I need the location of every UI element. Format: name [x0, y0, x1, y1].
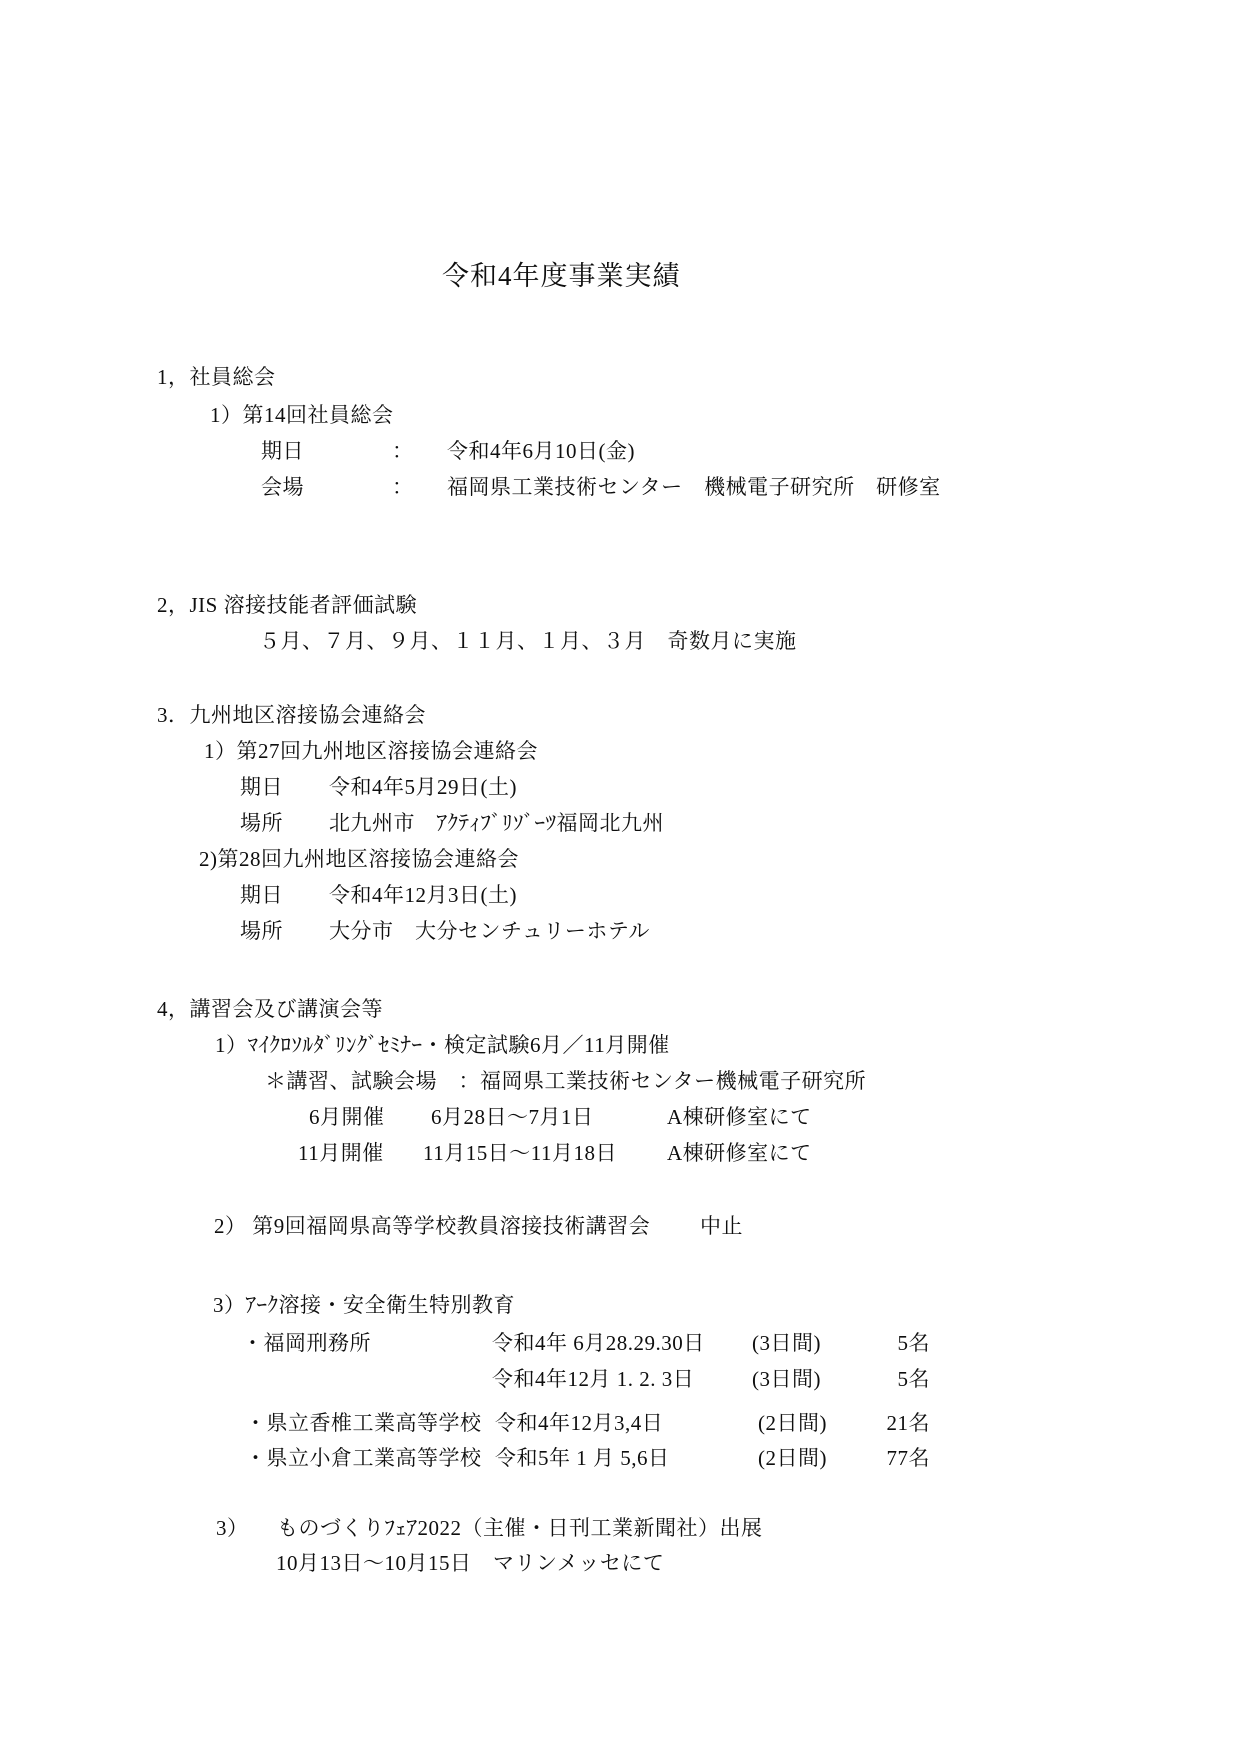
section-1-item: 1）第14回社員総会: [210, 402, 394, 428]
arc-row-3-date: 令和4年12月3,4日: [495, 1410, 663, 1436]
seminar-venue-note: ＊講習、試験会場 ：福岡県工業技術センター機械電子研究所: [265, 1068, 866, 1094]
arc-row-1-date: 令和4年 6月28.29.30日: [492, 1330, 705, 1356]
section-2-schedule: ５月、７月、９月、１１月、１月、３月 奇数月に実施: [259, 628, 797, 654]
meeting-2-date-label: 期日: [240, 882, 283, 908]
section-1-venue-colon: ：: [392, 474, 414, 500]
meeting-2-title: 2)第28回九州地区溶接協会連絡会: [199, 846, 519, 872]
seminar-november-period: 11月15日～11月18日: [423, 1140, 617, 1166]
section-2-heading: 2，JIS 溶接技能者評価試験: [157, 592, 417, 618]
arc-row-3-count: 21名: [858, 1410, 930, 1436]
seminar-june-label: 6月開催: [309, 1104, 385, 1130]
seminar-june-venue: A棟研修室にて: [667, 1104, 812, 1130]
arc-row-2-days: (3日間): [752, 1366, 821, 1392]
arc-row-4-count: 77名: [858, 1445, 930, 1471]
meeting-1-date-value: 令和4年5月29日(土): [329, 774, 517, 800]
arc-row-1-count: 5名: [858, 1330, 930, 1356]
meeting-2-place-label: 場所: [240, 918, 283, 944]
seminar-november-label: 11月開催: [298, 1140, 384, 1166]
section-1-venue-value: 福岡県工業技術センター 機械電子研究所 研修室: [447, 474, 941, 500]
teacher-course-status: 中止: [700, 1213, 743, 1239]
expo-schedule: 10月13日～10月15日 マリンメッセにて: [276, 1550, 664, 1576]
section-1-date-value: 令和4年6月10日(金): [447, 438, 635, 464]
arc-row-1-name: ・福岡刑務所: [242, 1330, 371, 1356]
meeting-1-place-label: 場所: [240, 810, 283, 836]
meeting-1-place-value: 北九州市 ｱｸﾃｨﾌﾞﾘｿﾞｰﾂ福岡北九州: [329, 810, 664, 836]
expo-number: 3）: [216, 1515, 249, 1541]
meeting-1-date-label: 期日: [240, 774, 283, 800]
arc-row-2-date: 令和4年12月 1. 2. 3日: [492, 1366, 694, 1392]
meeting-2-date-value: 令和4年12月3日(土): [329, 882, 517, 908]
teacher-course-title: 2） 第9回福岡県高等学校教員溶接技術講習会: [214, 1213, 650, 1239]
section-1-date-colon: ：: [392, 438, 414, 464]
meeting-2-place-value: 大分市 大分センチュリーホテル: [329, 918, 650, 944]
arc-row-3-name: ・県立香椎工業高等学校: [245, 1410, 482, 1436]
arc-row-4-name: ・県立小倉工業高等学校: [245, 1445, 482, 1471]
arc-row-4-days: (2日間): [758, 1445, 827, 1471]
seminar-title: 1）ﾏｲｸﾛｿﾙﾀﾞﾘﾝｸﾞｾﾐﾅｰ・検定試験6月／11月開催: [215, 1032, 670, 1058]
seminar-november-venue: A棟研修室にて: [667, 1140, 812, 1166]
section-1-date-label: 期日: [261, 438, 304, 464]
seminar-june-period: 6月28日～7月1日: [431, 1104, 594, 1130]
arc-training-title: 3）ｱｰｸ溶接・安全衛生特別教育: [213, 1292, 515, 1318]
arc-row-3-days: (2日間): [758, 1410, 827, 1436]
meeting-1-title: 1）第27回九州地区溶接協会連絡会: [204, 738, 538, 764]
section-1-venue-label: 会場: [261, 474, 304, 500]
section-1-heading: 1，社員総会: [157, 364, 276, 390]
arc-row-1-days: (3日間): [752, 1330, 821, 1356]
section-4-heading: 4，講習会及び講演会等: [157, 996, 383, 1022]
document-page: 令和4年度事業実績 1，社員総会 1）第14回社員総会 期日 ： 令和4年6月1…: [0, 0, 1241, 1755]
arc-row-2-count: 5名: [858, 1366, 930, 1392]
document-title: 令和4年度事業実績: [442, 260, 681, 294]
arc-row-4-date: 令和5年 1 月 5,6日: [495, 1445, 670, 1471]
section-3-heading: 3．九州地区溶接協会連絡会: [157, 702, 426, 728]
expo-title: ものづくりﾌｪｱ2022（主催・日刊工業新聞社）出展: [277, 1515, 763, 1541]
